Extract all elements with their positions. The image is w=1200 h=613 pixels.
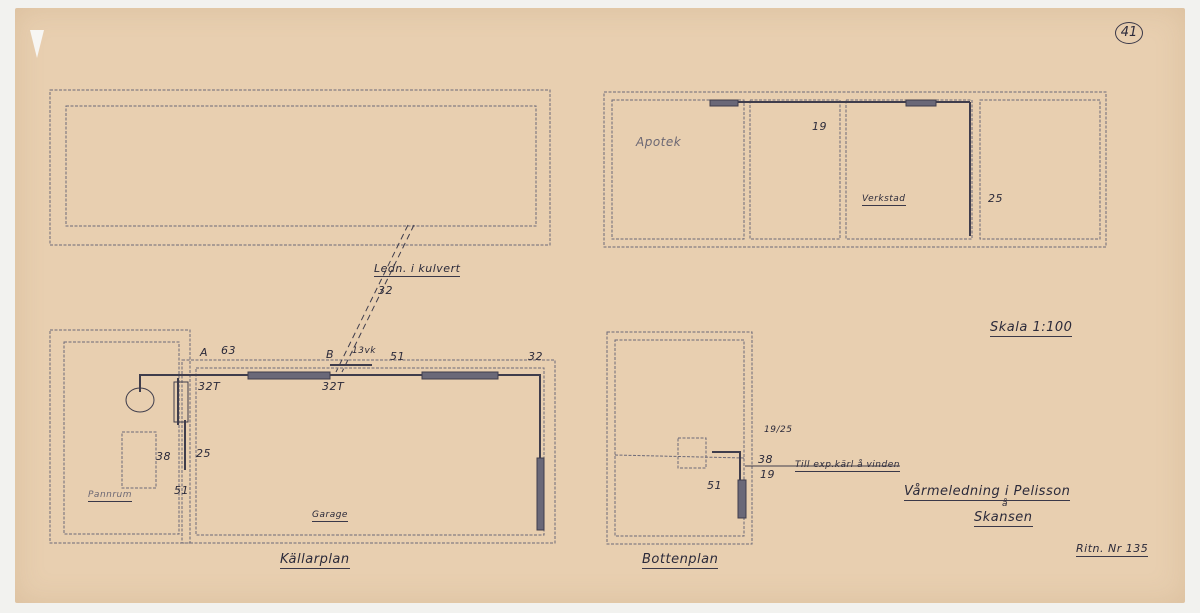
- radiator: [710, 100, 738, 106]
- point-b-label: B: [326, 348, 334, 361]
- pannrum-outer: [50, 330, 190, 543]
- expansion-vessel: [174, 382, 188, 422]
- radiator: [537, 458, 544, 530]
- radiator: [738, 480, 746, 518]
- pipe-32t-label: 32T: [198, 380, 220, 393]
- pipe-19-upper-label: 19: [812, 120, 827, 133]
- pipe-51-label: 51: [390, 350, 405, 363]
- pipe-38-label: 38: [156, 450, 171, 463]
- pipe-32-label: 32: [528, 350, 543, 363]
- room-pannrum: Pannrum: [88, 490, 132, 502]
- garage-inner: [196, 368, 544, 535]
- pipe-38-bottenplan-label: 38: [758, 453, 773, 466]
- pipe-fraction-label: 19/25: [764, 425, 792, 435]
- room-apotek: Apotek: [636, 135, 681, 149]
- room-verkstad: Verkstad: [862, 194, 906, 206]
- pipe-25-upper-label: 25: [988, 192, 1003, 205]
- upper-outline-outer: [50, 90, 550, 245]
- pipe-63-label: 63: [221, 344, 236, 357]
- pipe-32t-b-label: 32T: [322, 380, 344, 393]
- scale-label: Skala 1:100: [990, 320, 1072, 337]
- culvert-label: Ledn. i kulvert: [374, 262, 460, 277]
- title-line-3: Skansen: [974, 510, 1033, 527]
- title-line-2: å: [1002, 499, 1008, 509]
- upper-outline-inner: [66, 106, 536, 226]
- drawing-number: Ritn. Nr 135: [1076, 542, 1148, 557]
- culvert-32-label: 32: [378, 284, 393, 297]
- pipe-51-down-label: 51: [174, 484, 189, 497]
- title-line-1: Vårmeledning i Pelisson: [904, 484, 1070, 501]
- pipe-25-label: 25: [196, 447, 211, 460]
- boiler-base: [122, 432, 156, 488]
- bottenplan-title: Bottenplan: [642, 552, 718, 569]
- pipe-19-bottenplan-label: 19: [760, 468, 775, 481]
- expansion-note: Till exp.kärl å vinden: [795, 460, 900, 472]
- upper-right-outer: [604, 92, 1106, 247]
- garage-outer: [182, 360, 555, 543]
- pipe-13vk-label: 13vk: [352, 346, 376, 356]
- radiator: [422, 372, 498, 379]
- point-a-label: A: [200, 346, 208, 359]
- radiator: [906, 100, 936, 106]
- radiator: [248, 372, 330, 379]
- kallarplan-title: Källarplan: [280, 552, 350, 569]
- pipe-51-bottenplan-label: 51: [707, 479, 722, 492]
- room-garage: Garage: [312, 510, 348, 522]
